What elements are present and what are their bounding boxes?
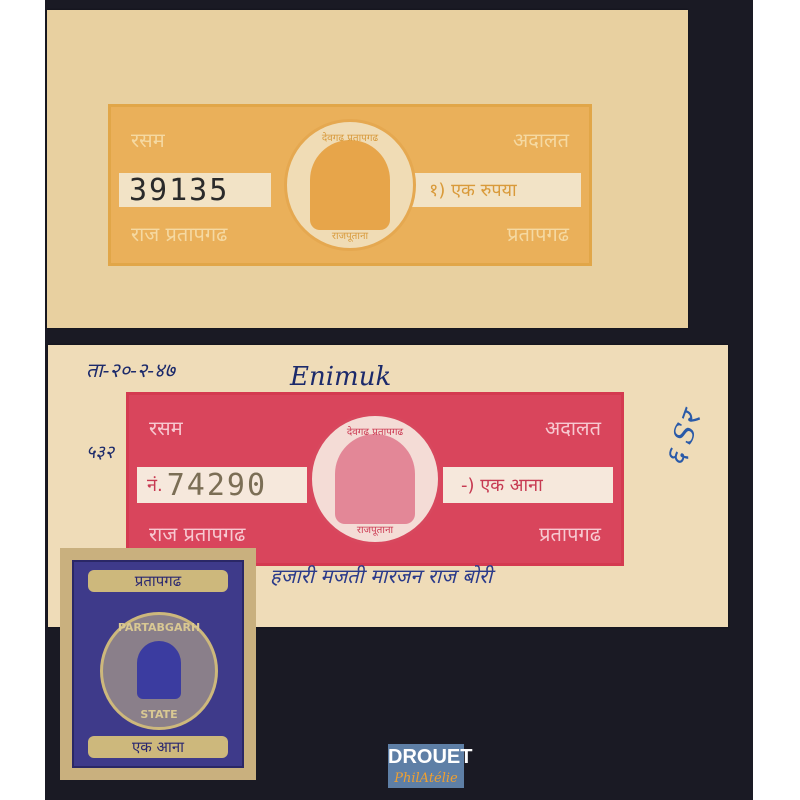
handwritten-signature: Enimuk [290, 362, 391, 392]
arc-top-text: PARTABGARH [103, 621, 215, 634]
stamp-top-label: प्रतापगढ [88, 570, 228, 592]
serial-box: 39135 [119, 173, 271, 207]
serial-prefix: नं. [147, 473, 163, 497]
bottom-right-text: प्रतापगढ [507, 220, 569, 247]
medallion-top-text: देवगढ प्रतापगढ [312, 424, 438, 438]
value-box: १) एक रुपया [411, 173, 581, 207]
top-right-text: अदालत [513, 126, 569, 153]
medallion-bottom-text: राजपूताना [287, 228, 413, 242]
arc-bottom-text: STATE [103, 708, 215, 721]
medallion-top-text: देवगढ प्रतापगढ [287, 130, 413, 144]
portrait-medallion: देवगढ प्रतापगढ राजपूताना [309, 413, 441, 545]
logo-main-text: DROUET [388, 746, 464, 769]
logo-sub-text: PhilAtélie [388, 771, 464, 786]
stamp-bottom-label: एक आना [88, 736, 228, 758]
denomination: १) एक रुपया [429, 178, 517, 202]
serial-number: 39135 [129, 173, 229, 208]
stamp-design: प्रतापगढ PARTABGARH STATE एक आना [72, 560, 244, 768]
portrait-circle: PARTABGARH STATE [100, 612, 218, 730]
portrait-medallion: देवगढ प्रतापगढ राजपूताना [284, 119, 416, 251]
serial-number: 74290 [167, 468, 267, 503]
bottom-right-text: प्रतापगढ [539, 520, 601, 547]
top-left-text: रसम [131, 126, 165, 153]
top-left-text: रसम [149, 414, 183, 441]
revenue-stamp-red: रसम अदालत नं. 74290 -) एक आना राज प्रताप… [126, 392, 624, 566]
postage-stamp-blue: प्रतापगढ PARTABGARH STATE एक आना [60, 548, 256, 780]
drouet-logo: DROUET PhilAtélie [388, 744, 464, 788]
top-right-text: अदालत [545, 414, 601, 441]
handwritten-number: ५३२ [86, 440, 114, 464]
revenue-stamp-orange: रसम अदालत 39135 १) एक रुपया राज प्रतापगढ… [108, 104, 592, 266]
handwritten-bottom-line: हजारी मजती मारजन राज बोरी [270, 562, 492, 589]
ruler-portrait-icon [335, 434, 415, 524]
serial-box: नं. 74290 [137, 467, 307, 503]
denomination: -) एक आना [461, 473, 543, 497]
value-box: -) एक आना [443, 467, 613, 503]
bottom-left-text: राज प्रतापगढ [131, 220, 227, 247]
medallion-bottom-text: राजपूताना [312, 522, 438, 536]
bottom-left-text: राज प्रतापगढ [149, 520, 245, 547]
ruler-portrait-icon [310, 140, 390, 230]
ruler-portrait-icon [137, 641, 181, 699]
handwritten-date: ता-२०-२-४७ [86, 356, 175, 383]
